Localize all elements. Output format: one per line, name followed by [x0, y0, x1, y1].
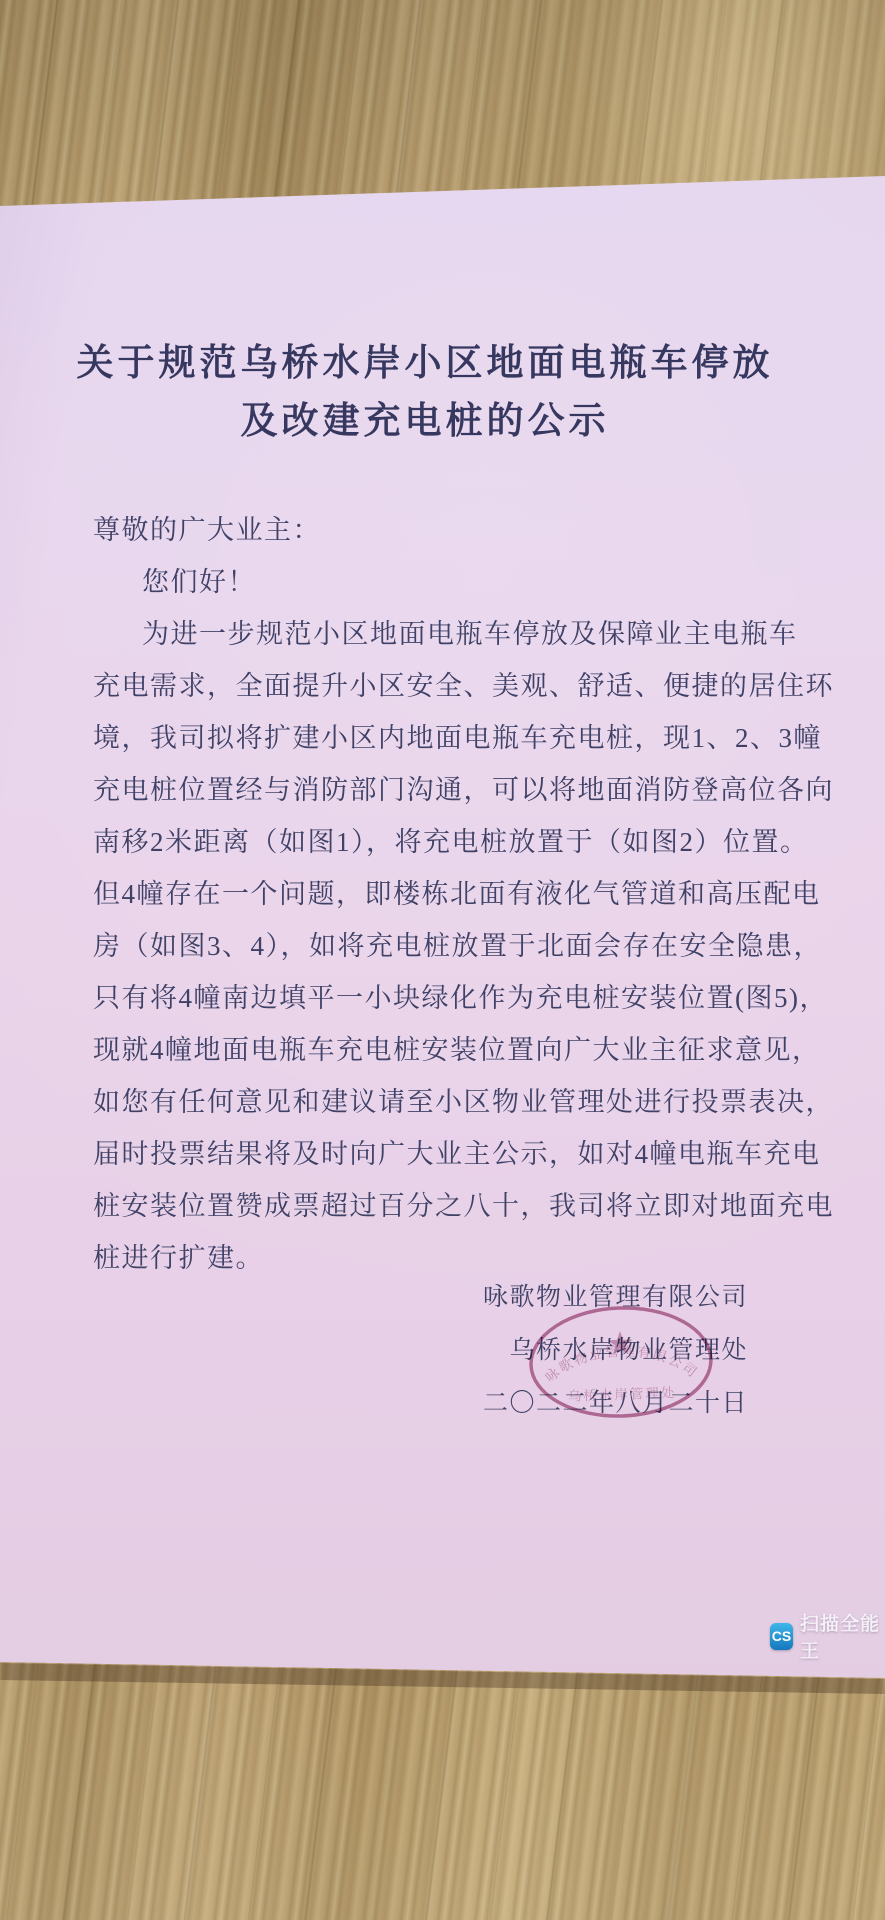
photo-scene: 关于规范乌桥水岸小区地面电瓶车停放 及改建充电桩的公示 尊敬的广大业主： 您们好…	[0, 0, 885, 1920]
body-line: 为进一步规范小区地面电瓶车停放及保障业主电瓶车	[93, 608, 793, 660]
salutation: 尊敬的广大业主：	[93, 504, 793, 556]
seal-inner-text: 乌桥水岸管理处	[568, 1384, 677, 1404]
body-line: 现就4幢地面电瓶车充电桩安装位置向广大业主征求意见，	[93, 1024, 793, 1076]
notice-title: 关于规范乌桥水岸小区地面电瓶车停放 及改建充电桩的公示	[60, 334, 790, 450]
notice-title-line1: 关于规范乌桥水岸小区地面电瓶车停放	[60, 334, 790, 392]
body-line: 届时投票结果将及时向广大业主公示，如对4幢电瓶车充电	[93, 1128, 793, 1180]
camscanner-app-icon: CS	[770, 1623, 793, 1650]
notice-paper: 关于规范乌桥水岸小区地面电瓶车停放 及改建充电桩的公示 尊敬的广大业主： 您们好…	[0, 0, 885, 1920]
body-line: 充电需求，全面提升小区安全、美观、舒适、便捷的居住环	[93, 660, 793, 712]
body-line: 如您有任何意见和建议请至小区物业管理处进行投票表决，	[93, 1076, 793, 1128]
body-line: 境，我司拟将扩建小区内地面电瓶车充电桩，现1、2、3幢	[93, 712, 793, 764]
scanner-watermark: CS 扫描全能王	[770, 1609, 885, 1663]
notice-title-line2: 及改建充电桩的公示	[60, 392, 790, 450]
body-line: 桩安装位置赞成票超过百分之八十，我司将立即对地面充电	[93, 1180, 793, 1232]
notice-body: 尊敬的广大业主： 您们好！ 为进一步规范小区地面电瓶车停放及保障业主电瓶车 充电…	[93, 504, 793, 1284]
camscanner-icon-initials: CS	[772, 1628, 791, 1644]
body-line: 南移2米距离（如图1），将充电桩放置于（如图2）位置。	[93, 816, 793, 868]
body-line: 只有将4幢南边填平一小块绿化作为充电桩安装位置(图5)，	[93, 972, 793, 1024]
body-line: 但4幢存在一个问题，即楼栋北面有液化气管道和高压配电	[93, 868, 793, 920]
official-seal-stamp: 咏歌物业管理有限公司 乌桥水岸管理处	[519, 1297, 723, 1430]
body-line: 房（如图3、4），如将充电桩放置于北面会存在安全隐患，	[93, 920, 793, 972]
camscanner-app-name: 扫描全能王	[800, 1609, 885, 1663]
greeting: 您们好！	[93, 556, 793, 608]
body-line: 充电桩位置经与消防部门沟通，可以将地面消防登高位各向	[93, 764, 793, 816]
